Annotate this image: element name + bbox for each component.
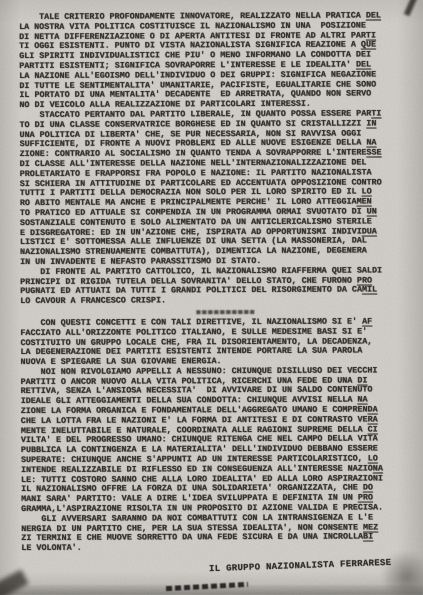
hyphen-break-underline: AF: [362, 316, 372, 326]
paragraph: TALE CRITERIO PROFONDAMENTE INNOVATORE, …: [19, 11, 415, 111]
hyphen-break-underline: DEL: [366, 10, 381, 20]
hyphen-break-underline: UN: [367, 206, 377, 216]
document-text: TALE CRITERIO PROFONDAMENTE INNOVATORE, …: [19, 11, 417, 554]
hyphen-break-underline: TI: [371, 108, 381, 118]
hyphen-break-underline: DO: [363, 483, 373, 493]
paragraph: DI FRONTE AL PARTITO CATTOLICO, IL NAZIO…: [20, 266, 416, 307]
hyphen-break-underline: RA: [368, 414, 378, 424]
scanned-document-page: TALE CRITERIO PROFONDAMENTE INNOVATORE, …: [0, 0, 423, 595]
section-divider: [196, 310, 254, 314]
hyphen-break-underline: NA: [366, 138, 376, 148]
hyphen-break-underline: LO: [368, 454, 378, 464]
text-line: LE VOLONTA'.: [21, 543, 417, 555]
hyphen-break-underline: MIL: [362, 285, 377, 295]
hyphen-break-underline: MEN: [357, 197, 372, 207]
hyphen-break-underline: DA: [368, 405, 378, 415]
hyphen-break-underline: SSE: [366, 148, 381, 158]
paragraph: STACCATO PERTANTO DAL PARTITO LIBERALE, …: [19, 109, 416, 267]
signature-line: IL GRUPPO NAZIONALISTA FERRARESE: [208, 558, 391, 574]
paragraph: NOI NON RIVOLGIAMO APPELLI A NESSUNO: CH…: [21, 366, 418, 515]
scan-stain-bottom-right: [381, 550, 423, 595]
text-line: LO CAVOUR A FRANCESCO CRISPI.: [20, 295, 416, 307]
paragraph: GLI AVVERSARI SARANNO DA NOI COMBATTUTI …: [21, 513, 417, 554]
hyphen-break-underline: LO: [362, 187, 372, 197]
hyphen-break-underline: QUE: [361, 40, 376, 50]
paragraph: CON QUESTI CONCETTI E CON TALI DIRETTIVE…: [20, 317, 416, 368]
hyphen-break-underline: DEL: [356, 59, 371, 69]
hyphen-break-underline: NA: [357, 395, 367, 405]
hyphen-break-underline: PRO: [358, 493, 373, 503]
hyphen-break-underline: BI: [363, 532, 373, 542]
hyphen-break-underline: NA: [373, 463, 383, 473]
hyphen-break-underline: IN: [366, 118, 376, 128]
